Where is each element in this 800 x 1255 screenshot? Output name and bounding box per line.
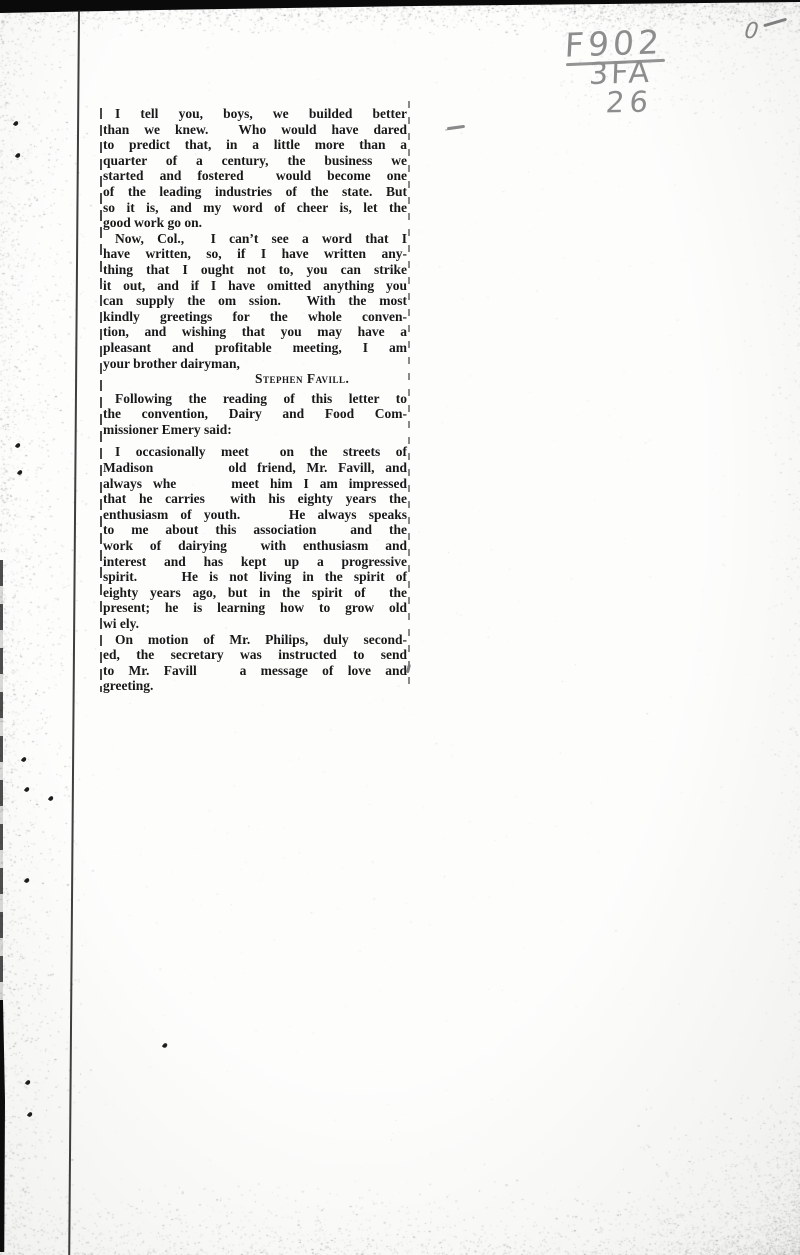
article-paragraph: Following the reading of this letter tot… — [103, 391, 407, 438]
article-paragraph: I tell you, boys, we builded betterthan … — [103, 106, 407, 231]
article-paragraph: I occasionally meet on the streets ofMad… — [103, 444, 407, 631]
article-line: tion, and wishing that you may have a — [103, 324, 407, 340]
article-paragraph: Now, Col., I can’t see a word that Ihave… — [103, 231, 407, 387]
article-line: kindly greetings for the whole conven- — [103, 309, 407, 325]
article-line: Now, Col., I can’t see a word that I — [103, 231, 407, 247]
article-line: quarter of a century, the business we — [103, 153, 407, 169]
article-column: I tell you, boys, we builded betterthan … — [103, 106, 407, 694]
article-line: present; he is learning how to grow old — [103, 600, 407, 616]
column-rule-left — [100, 108, 102, 692]
article-line: can supply the om ssion. With the most — [103, 293, 407, 309]
article-paragraph: On motion of Mr. Philips, duly second-ed… — [103, 632, 407, 694]
article-line: missioner Emery said: — [103, 422, 407, 438]
article-line: to predict that, in a little more than a — [103, 137, 407, 153]
article-line: work of dairying with enthusiasm and — [103, 538, 407, 554]
article-line: I tell you, boys, we builded better — [103, 106, 407, 122]
article-line: interest and has kept up a progressive — [103, 554, 407, 570]
article-line: good work go on. — [103, 215, 407, 231]
column-rule-right — [408, 101, 410, 693]
article-line: greeting. — [103, 678, 407, 694]
article-line: have written, so, if I have written any- — [103, 246, 407, 262]
article-line: your brother dairyman, — [103, 356, 407, 372]
article-line: Madison old friend, Mr. Favill, and — [103, 460, 407, 476]
article-line: of the leading industries of the state. … — [103, 184, 407, 200]
article-line: than we knew. Who would have dared — [103, 122, 407, 138]
pencil-code-3: 26 — [605, 88, 655, 118]
article-line: the convention, Dairy and Food Com- — [103, 406, 407, 422]
article-line: On motion of Mr. Philips, duly second- — [103, 632, 407, 648]
article-line: Following the reading of this letter to — [103, 391, 407, 407]
article-line: thing that I ought not to, you can strik… — [103, 262, 407, 278]
article-line: always whe meet him I am impressed — [103, 476, 407, 492]
article-line: that he carries with his eighty years th… — [103, 491, 407, 507]
article-line: spirit. He is not living in the spirit o… — [103, 569, 407, 585]
article-line: enthusiasm of youth. He always speaks — [103, 507, 407, 523]
article-line: pleasant and profitable meeting, I am — [103, 340, 407, 356]
letter-signature: Stephen Favill. — [255, 371, 407, 387]
article-line: to me about this association and the — [103, 522, 407, 538]
scan-page: I tell you, boys, we builded betterthan … — [0, 0, 800, 1255]
article-line: so it is, and my word of cheer is, let t… — [103, 200, 407, 216]
article-line: eighty years ago, but in the spirit of t… — [103, 585, 407, 601]
left-edge-strip — [0, 560, 3, 1000]
article-line: I occasionally meet on the streets of — [103, 444, 407, 460]
article-line: it out, and if I have omitted anything y… — [103, 278, 407, 294]
article-line: to Mr. Favill a message of love and — [103, 663, 407, 679]
article-line: started and fostered would become one — [103, 168, 407, 184]
article-line: ed, the secretary was instructed to send — [103, 647, 407, 663]
article-line: wi ely. — [103, 616, 407, 632]
